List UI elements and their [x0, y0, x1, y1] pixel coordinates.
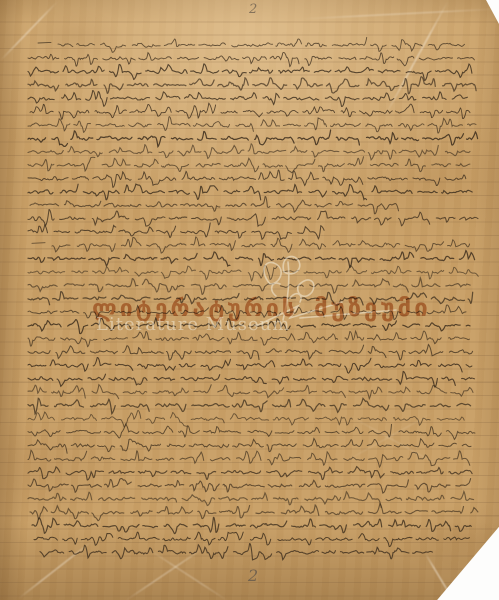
handwritten-line [34, 532, 469, 547]
handwritten-line [28, 223, 324, 239]
watermark-flourish-icon [0, 0, 499, 600]
paper-stains [0, 0, 499, 600]
handwritten-line [28, 144, 470, 160]
handwritten-line [28, 479, 471, 494]
crease-line [424, 552, 454, 600]
crease-line [339, 410, 436, 465]
handwritten-line [28, 357, 472, 373]
ruled-lines [0, 9, 499, 600]
handwritten-line [28, 210, 478, 227]
handwritten-line [28, 371, 474, 387]
handwritten-line [32, 237, 470, 253]
handwritten-line [28, 292, 473, 305]
handwritten-line [30, 504, 478, 521]
scan-background: ლიტერატურის მუზეუმი Literature Museum 2 … [0, 0, 499, 600]
handwritten-line [40, 544, 432, 560]
watermark-georgian-left: ლიტერატურის [92, 296, 298, 322]
watermark-georgian-right: მუზეუმი [314, 294, 431, 322]
page-number-top: 2 [249, 2, 257, 17]
handwritten-line [28, 305, 466, 320]
handwritten-line [28, 52, 474, 66]
handwritten-line [28, 331, 469, 347]
handwritten-line [28, 265, 478, 280]
handwritten-line [30, 103, 470, 119]
handwritten-line [28, 157, 470, 173]
handwritten-line [28, 90, 467, 106]
handwritten-line [28, 117, 476, 133]
handwritten-line [28, 345, 473, 360]
handwritten-line [28, 64, 472, 80]
crease-line [147, 548, 229, 600]
handwritten-line [28, 492, 474, 508]
handwritten-line [28, 251, 475, 268]
handwritten-line [28, 467, 472, 480]
watermark-latin: Literature Museum [96, 314, 290, 335]
handwritten-line [28, 438, 471, 453]
handwritten-line [28, 318, 470, 334]
handwritten-line [28, 385, 473, 399]
handwritten-text [0, 0, 499, 600]
watermark: ლიტერატურის მუზეუმი Literature Museum [0, 0, 499, 600]
handwritten-line [28, 130, 478, 147]
handwritten-line [38, 37, 465, 52]
crease-line [17, 540, 93, 600]
crease-line [0, 1, 58, 62]
page-number-bottom: 2 [248, 566, 258, 585]
crease-line [348, 414, 447, 470]
handwritten-line [30, 196, 399, 213]
crease-line [300, 8, 499, 20]
handwritten-line [28, 184, 472, 200]
handwritten-line [28, 411, 464, 427]
handwritten-line [28, 77, 476, 94]
handwritten-line [28, 398, 471, 414]
crease-line [384, 1, 449, 117]
handwritten-line [28, 424, 475, 440]
manuscript-page: ლიტერატურის მუზეუმი Literature Museum 2 … [0, 0, 499, 600]
handwritten-line [32, 517, 471, 533]
handwritten-line [28, 170, 466, 187]
handwritten-line [28, 278, 470, 295]
handwritten-line [28, 450, 470, 467]
crease-line [124, 546, 206, 600]
